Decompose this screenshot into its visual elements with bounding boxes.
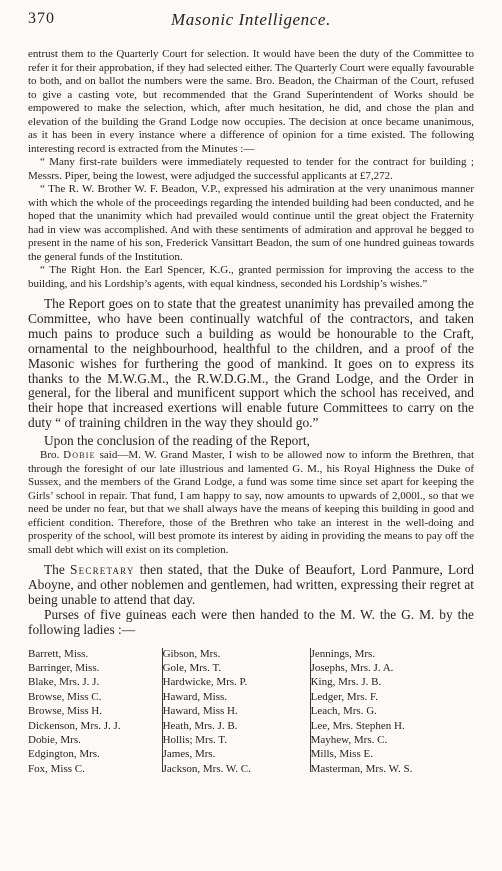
ladies-column-3: Jennings, Mrs. Josephs, Mrs. J. A. King,… bbox=[311, 647, 474, 777]
dobie-rest: said—M. W. Grand Master, I wish to be al… bbox=[28, 449, 474, 556]
paragraph-report-summary: The Report goes on to state that the gre… bbox=[28, 297, 474, 431]
list-item: Mills, Miss E. bbox=[311, 747, 474, 761]
paragraph-beadon-quote: “ The R. W. Brother W. F. Beadon, V.P., … bbox=[28, 183, 474, 264]
paragraph-purses: Purses of five guineas each were then ha… bbox=[28, 608, 474, 638]
list-item: Gibson, Mrs. bbox=[163, 647, 310, 661]
list-item: Leach, Mrs. G. bbox=[311, 704, 474, 718]
list-item: Jackson, Mrs. W. C. bbox=[163, 762, 310, 776]
list-item: Mayhew, Mrs. C. bbox=[311, 733, 474, 747]
dobie-lead: Bro. bbox=[40, 449, 63, 461]
list-item: Heath, Mrs. J. B. bbox=[163, 719, 310, 733]
running-title: Masonic Intelligence. bbox=[28, 10, 474, 30]
list-item: Haward, Miss H. bbox=[163, 704, 310, 718]
list-item: Browse, Miss C. bbox=[28, 690, 162, 704]
dobie-name: Dobie bbox=[63, 449, 96, 461]
ladies-column-1: Barrett, Miss. Barringer, Miss. Blake, M… bbox=[28, 647, 162, 777]
list-item: Josephs, Mrs. J. A. bbox=[311, 661, 474, 675]
list-item: Browse, Miss H. bbox=[28, 704, 162, 718]
page-number: 370 bbox=[28, 10, 55, 28]
list-item: Barrett, Miss. bbox=[28, 647, 162, 661]
list-item: Masterman, Mrs. W. S. bbox=[311, 762, 474, 776]
paragraph-earl-spencer-quote: “ The Right Hon. the Earl Spencer, K.G.,… bbox=[28, 264, 474, 291]
list-item: Blake, Mrs. J. J. bbox=[28, 675, 162, 689]
secretary-title: Secretary bbox=[70, 562, 135, 577]
paragraph-report-conclusion: Upon the conclusion of the reading of th… bbox=[28, 434, 474, 449]
list-item: Hardwicke, Mrs. P. bbox=[163, 675, 310, 689]
list-item: Gole, Mrs. T. bbox=[163, 661, 310, 675]
paragraph-quarterly-court: entrust them to the Quarterly Court for … bbox=[28, 48, 474, 156]
list-item: James, Mrs. bbox=[163, 747, 310, 761]
list-item: Haward, Miss. bbox=[163, 690, 310, 704]
ladies-column-2: Gibson, Mrs. Gole, Mrs. T. Hardwicke, Mr… bbox=[163, 647, 310, 777]
ladies-name-list: Barrett, Miss. Barringer, Miss. Blake, M… bbox=[28, 647, 474, 777]
list-item: Jennings, Mrs. bbox=[311, 647, 474, 661]
list-item: King, Mrs. J. B. bbox=[311, 675, 474, 689]
paragraph-secretary: The Secretary then stated, that the Duke… bbox=[28, 563, 474, 608]
secretary-lead: The bbox=[44, 562, 70, 577]
list-item: Lee, Mrs. Stephen H. bbox=[311, 719, 474, 733]
list-item: Barringer, Miss. bbox=[28, 661, 162, 675]
list-item: Fox, Miss C. bbox=[28, 762, 162, 776]
list-item: Ledger, Mrs. F. bbox=[311, 690, 474, 704]
paragraph-bro-dobie: Bro. Dobie said—M. W. Grand Master, I wi… bbox=[28, 449, 474, 557]
paragraph-builders-quote: “ Many first-rate builders were immediat… bbox=[28, 156, 474, 183]
list-item: Edgington, Mrs. bbox=[28, 747, 162, 761]
list-item: Dobie, Mrs. bbox=[28, 733, 162, 747]
page-body: entrust them to the Quarterly Court for … bbox=[28, 48, 474, 776]
document-page: 370 Masonic Intelligence. entrust them t… bbox=[0, 0, 502, 871]
list-item: Hollis; Mrs. T. bbox=[163, 733, 310, 747]
list-item: Dickenson, Mrs. J. J. bbox=[28, 719, 162, 733]
running-head: 370 Masonic Intelligence. bbox=[28, 10, 474, 36]
